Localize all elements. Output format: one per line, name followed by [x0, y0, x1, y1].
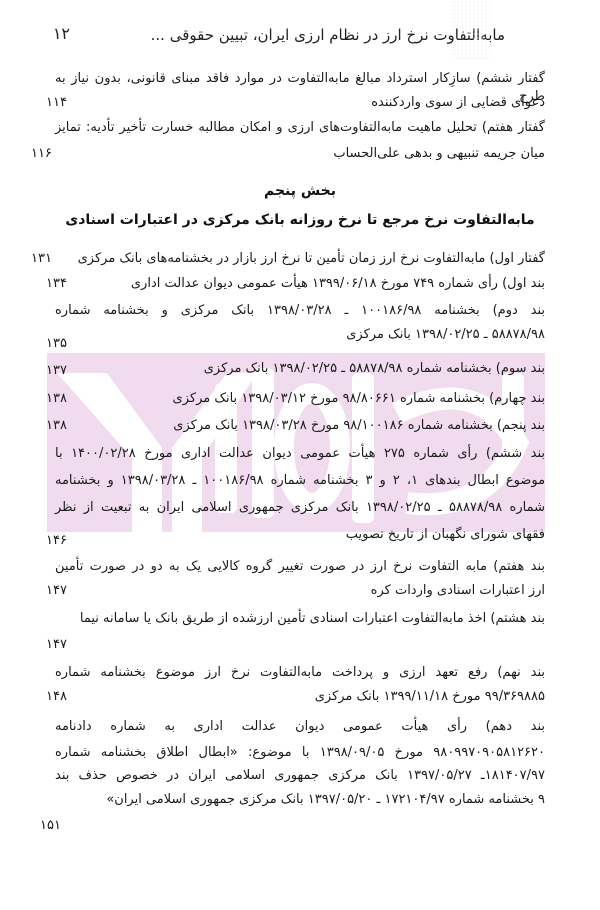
toc-page-number: ۱۴۸: [46, 688, 67, 706]
toc-entry-line: ۹ بخشنامه شماره ۱۷۲۱۰۴/۹۷ ـ ۱۳۹۷/۰۵/۲۰ ب…: [106, 791, 545, 809]
toc-entry-line: بند هفتم) مابه التفاوت نرخ ارز در صورت ت…: [55, 558, 545, 576]
toc-page-number: ۱۳۸: [46, 417, 67, 435]
toc-entry-line: فقهای شورای نگهبان از تاریخ تصویب: [346, 526, 545, 544]
toc-entry-line: بند سوم) بخشنامه شماره ۵۸۸۷۸/۹۸ ـ ۱۳۹۸/۰…: [204, 360, 545, 378]
page-number: ۱۲: [53, 24, 70, 43]
toc-page-number: ۱۳۵: [46, 335, 67, 353]
toc-entry-line: بند هشتم) اخذ مابه‌التفاوت اعتبارات اسنا…: [80, 610, 545, 628]
toc-page-number: ۱۳۷: [46, 362, 67, 380]
toc-page-number: ۱۳۱: [31, 250, 52, 268]
toc-page-number: ۱۱۴: [46, 94, 67, 112]
toc-entry-line: بند دوم) بخشنامه ۱۰۰۱۸۶/۹۸ ـ ۱۳۹۸/۰۳/۲۸ …: [55, 302, 545, 320]
toc-entry-line: بند دهم) رأی هیأت عمومی دیوان عدالت ادار…: [55, 718, 545, 736]
toc-entry-line: شماره ۵۸۸۷۸/۹۸ ـ ۱۳۹۸/۰۲/۲۵ بانک مرکزی ج…: [55, 499, 545, 517]
toc-entry-line: موضوع ابطال بندهای ۱، ۲ و ۳ بخشنامه شمار…: [55, 472, 545, 490]
toc-entry-line: ۹۹/۳۶۹۸۸۵ مورخ ۱۳۹۹/۱۱/۱۸ بانک مرکزی: [315, 688, 545, 706]
toc-page-number: ۱۱۶: [31, 145, 52, 163]
toc-entry-line: گفتار اول) مابه‌التفاوت نرخ ارز زمان تأم…: [78, 250, 545, 268]
toc-entry-line: دعوای قضایی از سوی واردکننده: [371, 94, 545, 112]
toc-entry-line: بند ششم) رأی شماره ۲۷۵ هیأت عمومی دیوان …: [55, 445, 545, 463]
book-page: مابه‌التفاوت نرخ ارز در نظام ارزی ایران،…: [0, 0, 600, 910]
toc-entry-line: بند نهم) رفع تعهد ارزی و پرداخت مابه‌الت…: [55, 664, 545, 682]
toc-page-number: ۱۳۴: [46, 275, 67, 293]
toc-page-number: ۱۴۷: [46, 582, 67, 600]
toc-entry-line: ۹۸۰۹۹۷۰۹۰۵۸۱۲۶۲۰ مورخ ۱۳۹۸/۰۹/۰۵ با موضو…: [55, 744, 545, 762]
toc-entry-line: بند پنجم) بخشنامه شماره ۹۸/۱۰۰۱۸۶ مورخ ۱…: [173, 417, 545, 435]
decorative-texture: [452, 0, 490, 60]
section-title: بخش پنجم: [0, 183, 600, 199]
toc-entry-line: بند اول) رأی شماره ۷۴۹ مورخ ۱۳۹۹/۰۶/۱۸ ه…: [131, 275, 545, 293]
toc-page-number: ۱۵۱: [40, 817, 61, 835]
toc-entry-line: گفتار هفتم) تحلیل ماهیت مابه‌التفاوت‌های…: [55, 119, 545, 137]
toc-page-number: ۱۴۶: [46, 532, 67, 550]
toc-entry-line: ۵۸۸۷۸/۹۸ ـ ۱۳۹۸/۰۲/۲۵ بانک مرکزی: [346, 326, 545, 344]
toc-page-number: ۱۴۷: [46, 636, 67, 654]
toc-entry-line: بند چهارم) بخشنامه شماره ۹۸/۸۰۶۶۱ مورخ ۱…: [173, 390, 545, 408]
toc-entry-line: میان جریمه تنبیهی و بدهی علی‌الحساب: [333, 145, 545, 163]
toc-entry-line: ارز اعتبارات اسنادی واردات کره: [371, 582, 545, 600]
section-subtitle: مابه‌التفاوت نرخ مرجع تا نرخ روزانه بانک…: [0, 212, 600, 228]
running-header: مابه‌التفاوت نرخ ارز در نظام ارزی ایران،…: [0, 22, 600, 52]
toc-entry-line: ۱۸۱۴۰۷/۹۷ـ ۱۳۹۷/۰۵/۲۷ بانک مرکزی جمهوری …: [55, 767, 545, 785]
toc-page-number: ۱۳۸: [46, 390, 67, 408]
